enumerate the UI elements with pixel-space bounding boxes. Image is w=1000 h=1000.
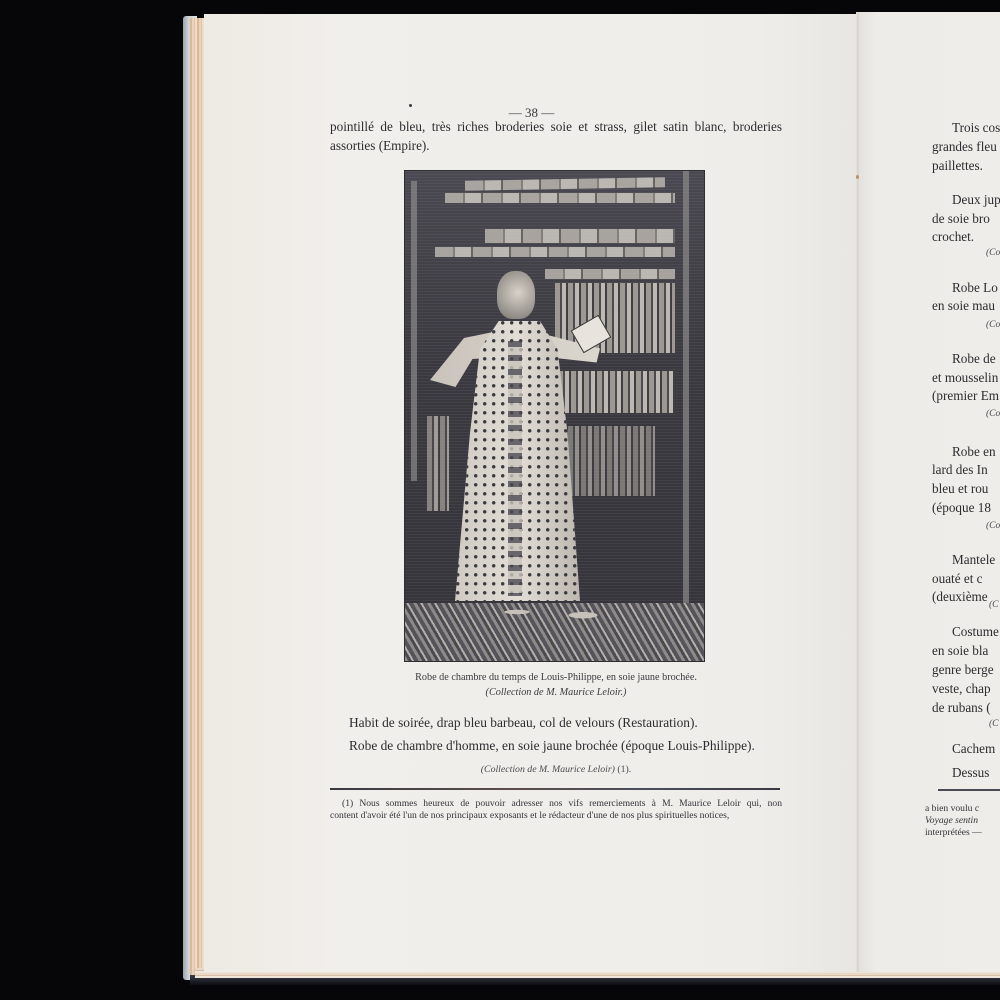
right-page-collection-mark: (Co bbox=[986, 320, 1000, 330]
intro-line-1: pointillé de bleu, très riches broderies… bbox=[330, 118, 782, 137]
right-page-collection-mark: (C bbox=[989, 600, 999, 610]
footnote: (1) Nous sommes heureux de pouvoir adres… bbox=[330, 798, 782, 822]
photo-caption: Robe de chambre du temps de Louis-Philip… bbox=[330, 672, 782, 683]
right-page-text-fragment: grandes fleu bbox=[932, 139, 997, 155]
right-page-text-fragment: paillettes. bbox=[932, 158, 983, 174]
right-page-text-fragment: Deux jup bbox=[952, 192, 1000, 208]
footnote-reference: (1). bbox=[615, 764, 631, 775]
right-page-text-fragment: lard des In bbox=[932, 462, 988, 478]
shelf-books bbox=[545, 269, 675, 279]
collection-credit-text: (Collection de M. Maurice Leloir) bbox=[481, 764, 615, 775]
right-page-collection-mark: (Co bbox=[986, 248, 1000, 258]
shelf-post bbox=[411, 181, 417, 481]
right-page-text-fragment: en soie mau bbox=[932, 298, 995, 314]
item-habit-de-soiree: Habit de soirée, drap bleu barbeau, col … bbox=[349, 715, 698, 731]
right-page-text-fragment: de rubans ( bbox=[932, 700, 991, 716]
shelf-post bbox=[683, 171, 689, 641]
right-page-text-fragment: Cachem bbox=[952, 741, 995, 757]
right-page-text-fragment: en soie bla bbox=[932, 643, 988, 659]
right-page-collection-mark: (Co bbox=[986, 409, 1000, 419]
shelf-books-vertical bbox=[545, 371, 675, 413]
right-page-text-fragment: de soie bro bbox=[932, 211, 990, 227]
right-page: Trois cosgrandes fleupaillettes.Deux jup… bbox=[859, 12, 1000, 972]
right-page-footnote-fragment: interprétées — bbox=[925, 827, 982, 838]
right-page-text-fragment: Mantele bbox=[952, 552, 995, 568]
footnote-rule bbox=[330, 788, 780, 790]
right-page-text-fragment: Robe de bbox=[952, 351, 996, 367]
robe-embroidered-band bbox=[508, 341, 522, 596]
shelf-books-vertical bbox=[427, 416, 449, 511]
right-page-text-fragment: et mousselin bbox=[932, 370, 998, 386]
right-page-text-fragment: ouaté et c bbox=[932, 571, 983, 587]
right-page-text-fragment: (époque 18 bbox=[932, 500, 991, 516]
right-page-text-fragment: Costume bbox=[952, 624, 999, 640]
right-footnote-rule bbox=[938, 789, 1000, 791]
right-page-text-fragment: veste, chap bbox=[932, 681, 991, 697]
figure-slippers bbox=[495, 596, 605, 628]
right-page-text-fragment: Trois cos bbox=[952, 120, 1000, 136]
right-page-text-fragment: Dessus bbox=[952, 765, 989, 781]
right-page-text-fragment: genre berge bbox=[932, 662, 994, 678]
book-spread: — 38 — pointillé de bleu, très riches br… bbox=[0, 0, 1000, 1000]
collection-credit: (Collection de M. Maurice Leloir) (1). bbox=[330, 764, 782, 775]
footnote-line-1: (1) Nous sommes heureux de pouvoir adres… bbox=[330, 798, 782, 810]
right-page-footnote-fragment: Voyage sentin bbox=[925, 815, 978, 826]
shelf-books bbox=[435, 247, 675, 257]
intro-paragraph: pointillé de bleu, très riches broderies… bbox=[330, 118, 782, 155]
right-page-text-fragment: crochet. bbox=[932, 229, 974, 245]
right-page-collection-mark: (Co bbox=[986, 521, 1000, 531]
item-robe-de-chambre: Robe de chambre d'homme, en soie jaune b… bbox=[349, 738, 755, 754]
footnote-line-2: content d'avoir été l'un de nos principa… bbox=[330, 810, 782, 822]
right-page-collection-mark: (C bbox=[989, 719, 999, 729]
right-page-text-fragment: bleu et rou bbox=[932, 481, 988, 497]
right-page-text-fragment: (premier Em bbox=[932, 388, 999, 404]
photograph-dressing-gown bbox=[404, 170, 705, 662]
intro-line-2: assorties (Empire). bbox=[330, 137, 782, 156]
figure-head bbox=[497, 271, 535, 319]
photo-caption-collection: (Collection de M. Maurice Leloir.) bbox=[330, 687, 782, 698]
right-page-text-fragment: (deuxième bbox=[932, 589, 988, 605]
shelf-books bbox=[485, 229, 675, 243]
right-page-footnote-fragment: a bien voulu c bbox=[925, 803, 979, 814]
shelf-books bbox=[445, 193, 675, 203]
right-page-text-fragment: Robe en bbox=[952, 444, 996, 460]
right-page-text-fragment: Robe Lo bbox=[952, 280, 998, 296]
print-speck bbox=[409, 104, 412, 107]
